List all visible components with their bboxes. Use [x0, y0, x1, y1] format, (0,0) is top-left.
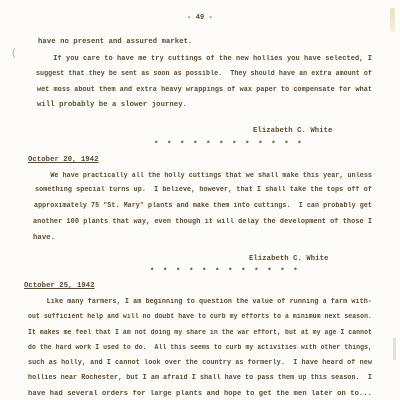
body-line: out sufficient help and will no doubt ha… — [28, 313, 372, 321]
body-line: have. — [33, 234, 55, 242]
separator: * * * * * * * * * * * * — [150, 268, 300, 276]
entry-date: October 20, 1942 — [28, 156, 99, 164]
body-line: have no present and assured market. — [38, 38, 192, 46]
body-line: Like many farmers, I am beginning to que… — [26, 298, 372, 306]
separator: * * * * * * * * * * * * — [154, 141, 304, 149]
body-line: We have practically all the holly cuttin… — [30, 172, 372, 180]
body-line: will probably be a slower journey. — [37, 101, 187, 109]
body-line: have had several orders for large plants… — [28, 390, 372, 398]
body-line: If you care to have me try cuttings of t… — [32, 55, 372, 63]
body-line: approximately 75 "St. Mary" plants and m… — [34, 202, 372, 210]
signature: Elizabeth C. White — [253, 127, 332, 135]
body-line: suggest that they be sent as soon as pos… — [36, 70, 372, 78]
page-number: - 49 - — [0, 14, 400, 22]
paper-edge-mark — [390, 8, 395, 32]
paper-edge-mark — [393, 338, 396, 360]
margin-mark: ( — [11, 49, 17, 60]
body-line: wet moss about them and extra heavy wrap… — [37, 86, 372, 94]
signature: Elizabeth C. White — [249, 255, 328, 263]
body-line: hollies near Rochester, but I am afraid … — [28, 374, 372, 382]
body-line: such as holly, and I cannot look over th… — [28, 359, 372, 367]
entry-date: October 25, 1942 — [24, 282, 95, 290]
body-line: do the hard work I used to do. All this … — [28, 344, 372, 352]
body-line: another 100 plants that way, even though… — [33, 218, 372, 226]
body-line: It makes me feel that I am not doing my … — [28, 329, 372, 337]
body-line: something special turns up. I believe, h… — [35, 186, 372, 194]
